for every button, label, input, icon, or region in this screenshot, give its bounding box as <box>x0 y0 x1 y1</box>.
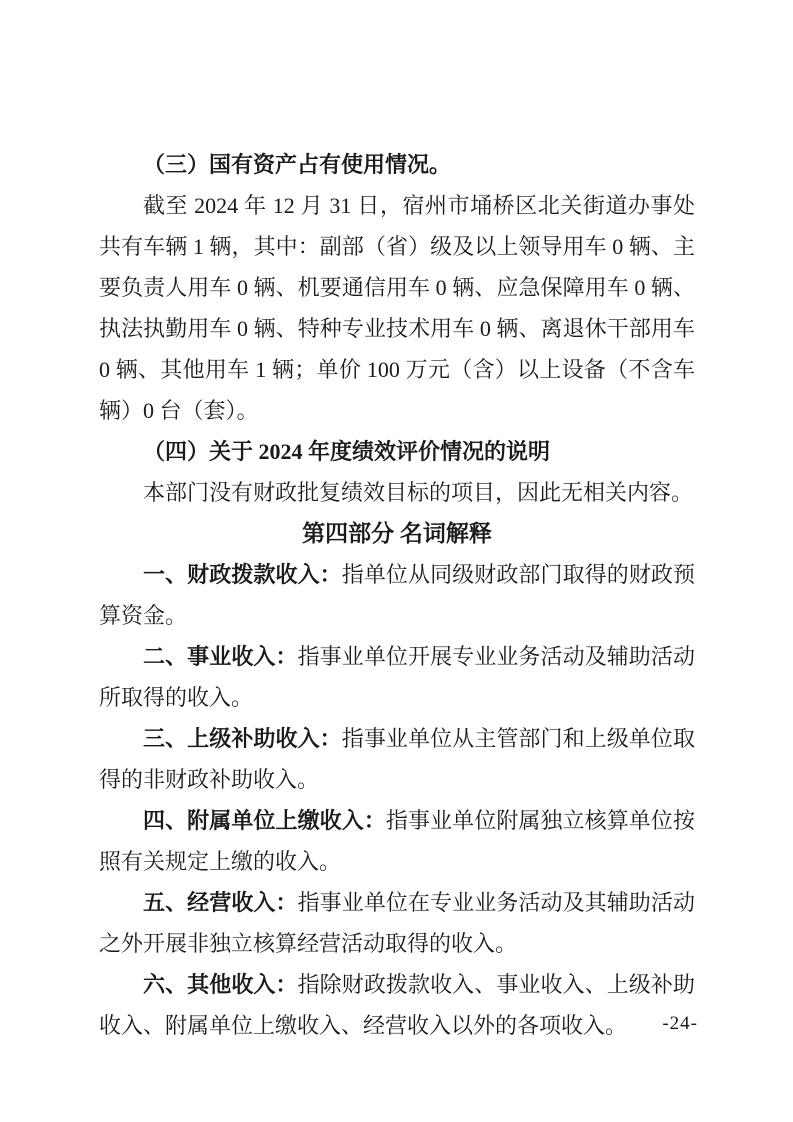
definition-term: 四、附属单位上缴收入： <box>143 808 386 833</box>
part-four-title: 第四部分 名词解释 <box>99 513 695 554</box>
definition-affiliated-unit-remitted-income: 四、附属单位上缴收入：指事业单位附属独立核算单位按照有关规定上缴的收入。 <box>99 800 695 882</box>
definition-term: 三、上级补助收入： <box>143 726 342 751</box>
definition-business-income: 二、事业收入：指事业单位开展专业业务活动及辅助活动所取得的收入。 <box>99 636 695 718</box>
definition-other-income: 六、其他收入：指除财政拨款收入、事业收入、上级补助收入、附属单位上缴收入、经营收… <box>99 964 695 1046</box>
definition-term: 六、其他收入： <box>143 972 298 997</box>
definition-fiscal-appropriation-income: 一、财政拨款收入：指单位从同级财政部门取得的财政预算资金。 <box>99 554 695 636</box>
section-heading-state-assets: （三）国有资产占有使用情况。 <box>99 144 695 185</box>
page-number: -24- <box>662 1012 698 1036</box>
definition-superior-subsidy-income: 三、上级补助收入：指事业单位从主管部门和上级单位取得的非财政补助收入。 <box>99 718 695 800</box>
definition-operating-income: 五、经营收入：指事业单位在专业业务活动及其辅助活动之外开展非独立核算经营活动取得… <box>99 882 695 964</box>
section-heading-performance-evaluation: （四）关于 2024 年度绩效评价情况的说明 <box>99 431 695 472</box>
document-page: （三）国有资产占有使用情况。 截至 2024 年 12 月 31 日，宿州市埇桥… <box>0 0 793 1122</box>
paragraph-performance-evaluation: 本部门没有财政批复绩效目标的项目，因此无相关内容。 <box>99 472 695 513</box>
definition-term: 二、事业收入： <box>143 644 298 669</box>
definition-term: 一、财政拨款收入： <box>143 562 342 587</box>
paragraph-state-assets: 截至 2024 年 12 月 31 日，宿州市埇桥区北关街道办事处共有车辆 1 … <box>99 185 695 431</box>
page-content: （三）国有资产占有使用情况。 截至 2024 年 12 月 31 日，宿州市埇桥… <box>99 144 695 1046</box>
definition-term: 五、经营收入： <box>143 890 298 915</box>
